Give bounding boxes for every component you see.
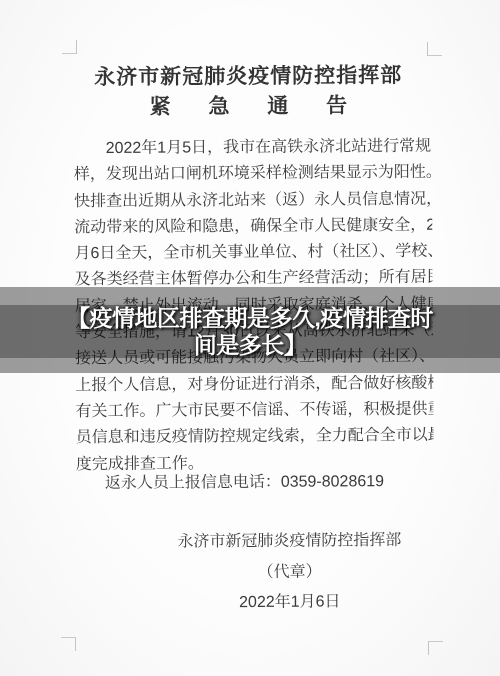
- notice-body-line: 2022年1月5日，我市在高铁永济北站进行常规环境采: [74, 134, 432, 163]
- caption-overlay-band: 【疫情地区排查期是多久,疫情排查时 间是多长】: [0, 287, 500, 373]
- caption-line-2: 间是多长】: [0, 332, 500, 359]
- document-photo: 永济市新冠肺炎疫情防控指挥部 紧 急 通 告 2022年1月5日，我市在高铁永济…: [0, 0, 500, 676]
- signature-block: 永济市新冠肺炎疫情防控指挥部 （代章） 2022年1月6日: [177, 529, 402, 616]
- signature-date: 2022年1月6日: [178, 590, 402, 616]
- caption-line-1: 【疫情地区排查期是多久,疫情排查时: [0, 305, 500, 332]
- notice-body-line: 月6日全天，全市机关事业单位、村（社区）、学校、企业: [74, 239, 432, 268]
- signature-org: 永济市新冠肺炎疫情防控指挥部: [177, 529, 401, 555]
- report-phone-line: 返永人员上报信息电话：0359-8028619: [76, 469, 434, 498]
- notice-org-title: 永济市新冠肺炎疫情防控指挥部: [0, 58, 498, 91]
- notice-body-line: 流动带来的风险和隐患，确保全市人民健康安全，2022年1: [74, 213, 432, 242]
- notice-body-line: 员信息和违反疫情防控规定线索，全力配合全市以最快速: [76, 423, 434, 452]
- notice-body-line: 样，发现出站口闸机环境采样检测结果显示为阳性。为尽: [74, 160, 432, 189]
- signature-seal-note: （代章）: [178, 560, 402, 586]
- notice-body-line: 上报个人信息，对身份证进行消杀，配合做好核酸检测等: [75, 370, 433, 399]
- notice-body-line: 快排查出近期从永济北站来（返）永人员信息情况，杜绝: [74, 186, 432, 215]
- caption-text: 【疫情地区排查期是多久,疫情排查时 间是多长】: [0, 305, 500, 358]
- notice-body-line: 有关工作。广大市民要不信谣、不传谣，积极提供重点人: [75, 397, 433, 426]
- notice-subtitle: 紧 急 通 告: [6, 88, 500, 121]
